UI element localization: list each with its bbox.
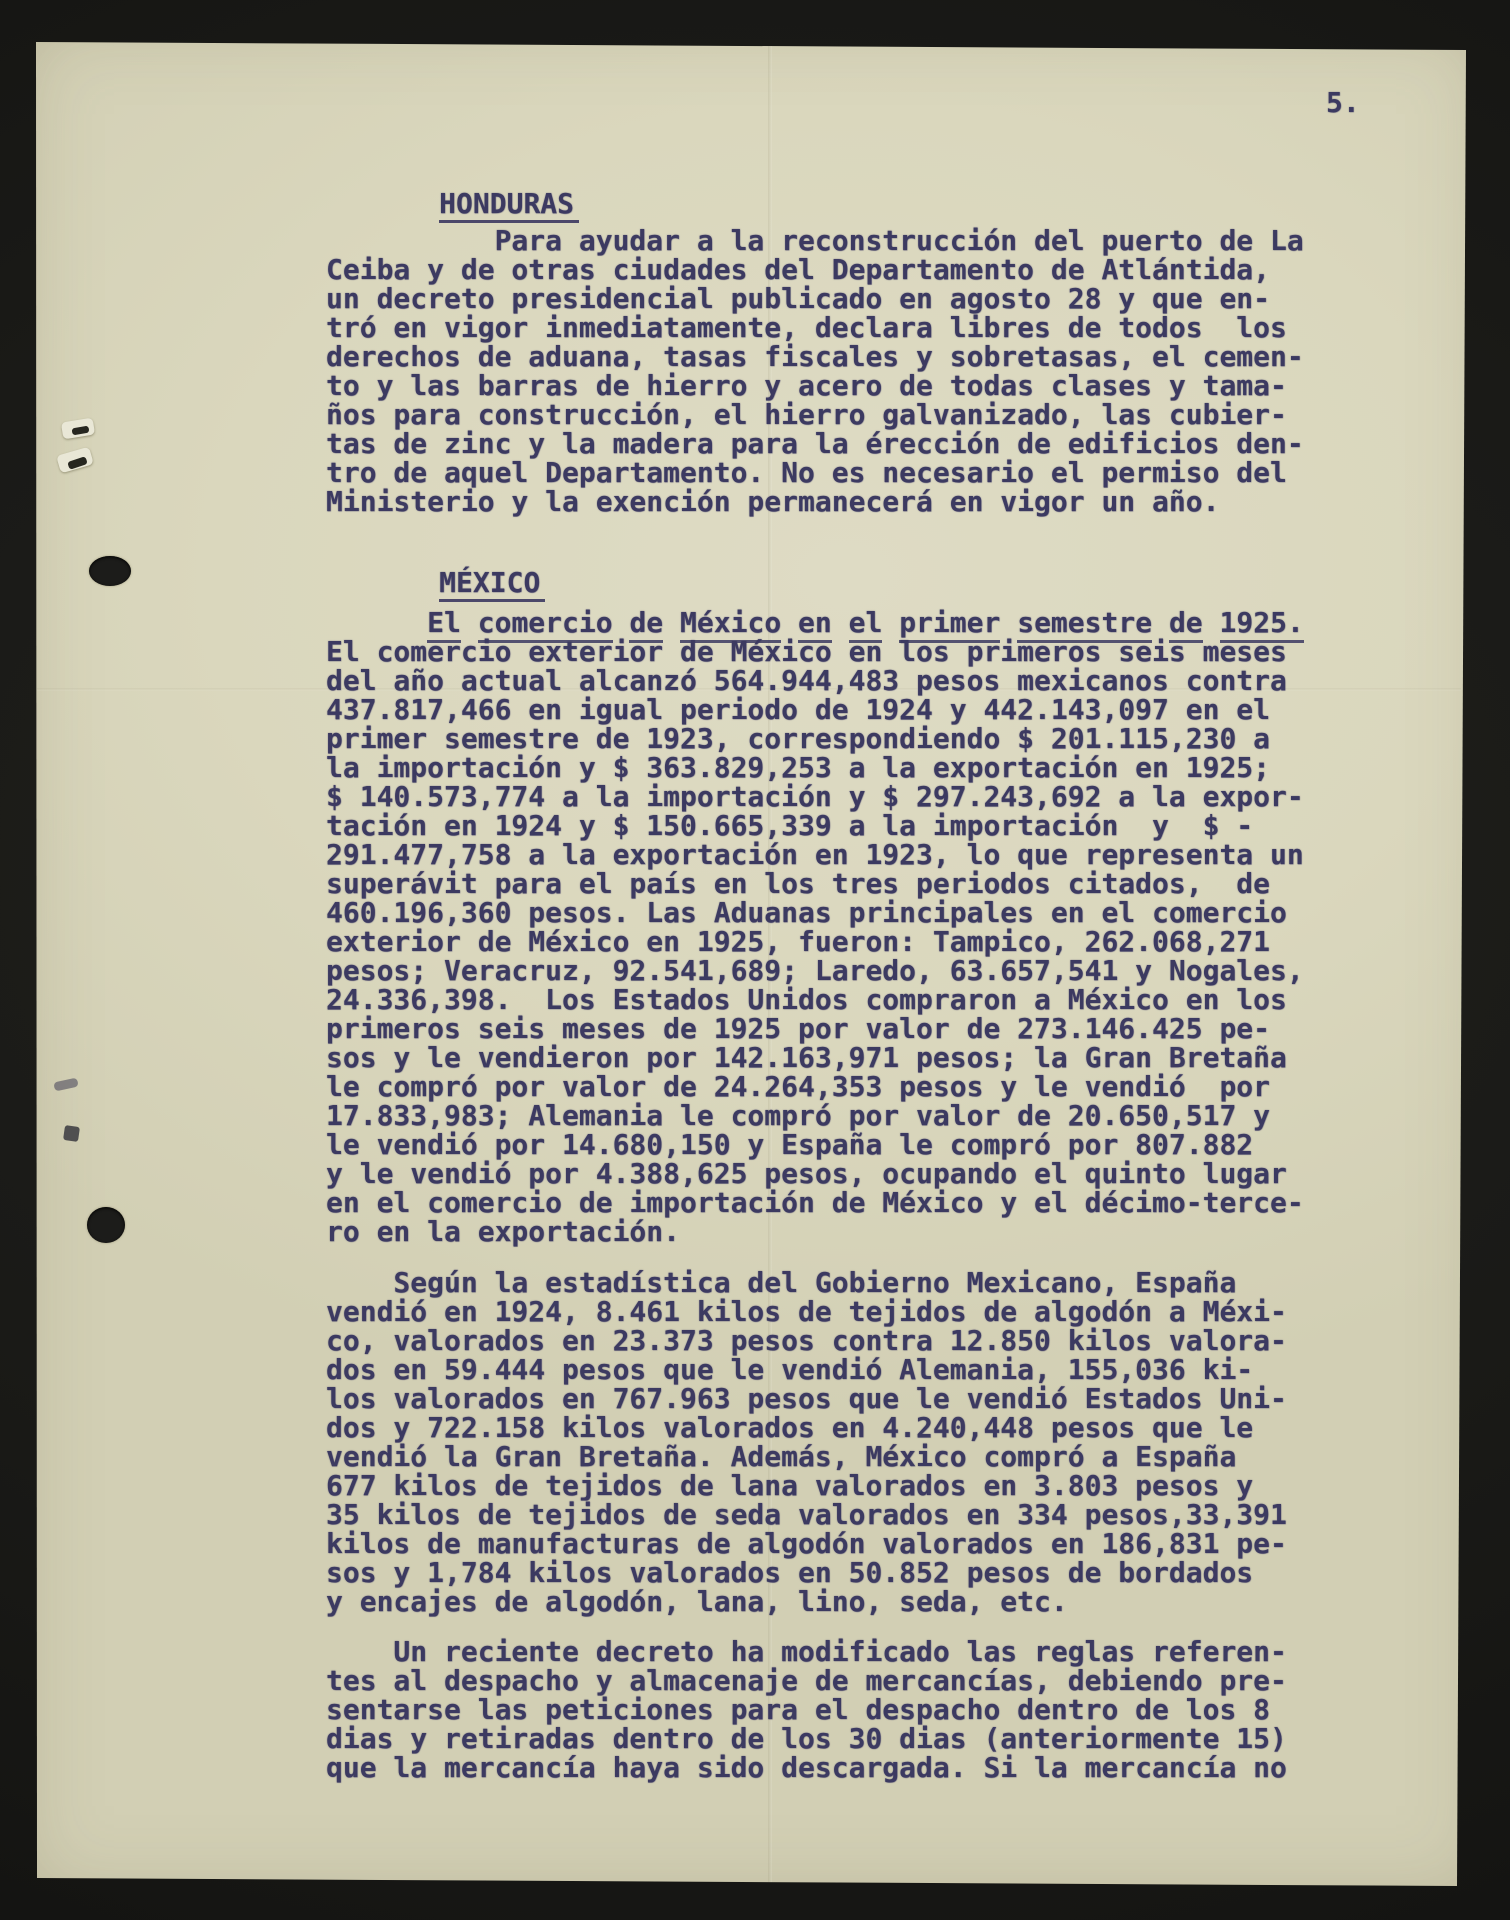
heading-label: MÉXICO	[439, 568, 545, 602]
text-line: en el comercio de importación de México …	[326, 1188, 1304, 1217]
text-line: le compró por valor de 24.264,353 pesos …	[326, 1072, 1304, 1101]
text-line: dos y 722.158 kilos valorados en 4.240,4…	[326, 1413, 1287, 1442]
text-line: los valorados en 767.963 pesos que le ve…	[326, 1384, 1287, 1413]
typewritten-text-layer: 5. HONDURAS Para ayudar a la reconstrucc…	[0, 0, 1510, 1920]
text-line: 460.196,360 pesos. Las Aduanas principal…	[326, 898, 1304, 927]
paragraph-mexico-statistics: Según la estadística del Gobierno Mexica…	[326, 1268, 1287, 1616]
text-line: sentarse las peticiones para el despacho…	[326, 1695, 1287, 1724]
text-line: ños para construcción, el hierro galvani…	[326, 400, 1304, 429]
text-line: 35 kilos de tejidos de seda valorados en…	[326, 1500, 1287, 1529]
text-line: 677 kilos de tejidos de lana valorados e…	[326, 1471, 1287, 1500]
text-line: tas de zinc y la madera para la érección…	[326, 429, 1304, 458]
punch-hole-top	[89, 556, 131, 586]
text-line: derechos de aduana, tasas fiscales y sob…	[326, 342, 1304, 371]
text-line: le vendió por 14.680,150 y España le com…	[326, 1130, 1304, 1159]
text-line: Ministerio y la exención permanecerá en …	[326, 487, 1304, 516]
text-line: Ceiba y de otras ciudades del Departamen…	[326, 255, 1304, 284]
text-line: co, valorados en 23.373 pesos contra 12.…	[326, 1326, 1287, 1355]
text-line: kilos de manufacturas de algodón valorad…	[326, 1529, 1287, 1558]
text-line: Según la estadística del Gobierno Mexica…	[326, 1268, 1287, 1297]
text-line: El comercio exterior de México en los pr…	[326, 637, 1304, 666]
mexico-trade-title: El comercio de México en el primer semes…	[326, 608, 1304, 637]
text-line: del año actual alcanzó 564.944,483 pesos…	[326, 666, 1304, 695]
text-line: Para ayudar a la reconstrucción del puer…	[326, 226, 1304, 255]
paragraph-honduras-decree: Para ayudar a la reconstrucción del puer…	[326, 226, 1304, 516]
page-number: 5.	[1326, 86, 1360, 119]
text-line: tro de aquel Departamento. No es necesar…	[326, 458, 1304, 487]
text-line: sos y le vendieron por 142.163,971 pesos…	[326, 1043, 1304, 1072]
text-line: y le vendió por 4.388,625 pesos, ocupand…	[326, 1159, 1304, 1188]
text-line: Un reciente decreto ha modificado las re…	[326, 1637, 1287, 1666]
text-line: 24.336,398. Los Estados Unidos compraron…	[326, 985, 1304, 1014]
heading-label: HONDURAS	[439, 189, 579, 223]
text-line: primer semestre de 1923, correspondiendo…	[326, 724, 1304, 753]
text-line: vendió en 1924, 8.461 kilos de tejidos d…	[326, 1297, 1287, 1326]
text-line: un decreto presidencial publicado en ago…	[326, 284, 1304, 313]
text-line: dias y retiradas dentro de los 30 dias (…	[326, 1724, 1287, 1753]
text-line: dos en 59.444 pesos que le vendió Aleman…	[326, 1355, 1287, 1384]
text-line: 437.817,466 en igual periodo de 1924 y 4…	[326, 695, 1304, 724]
text-line: $ 140.573,774 a la importación y $ 297.2…	[326, 782, 1304, 811]
pencil-mark-dash	[53, 1078, 78, 1092]
text-line: primeros seis meses de 1925 por valor de…	[326, 1014, 1304, 1043]
text-line: 17.833,983; Alemania le compró por valor…	[326, 1101, 1304, 1130]
text-line: sos y 1,784 kilos valorados en 50.852 pe…	[326, 1558, 1287, 1587]
paragraph-mexico-trade: El comercio exterior de México en los pr…	[326, 637, 1304, 1246]
text-line: pesos; Veracruz, 92.541,689; Laredo, 63.…	[326, 956, 1304, 985]
punch-hole-bottom	[87, 1207, 125, 1243]
text-line: tró en vigor inmediatamente, declara lib…	[326, 313, 1304, 342]
text-line: y encajes de algodón, lana, lino, seda, …	[326, 1587, 1287, 1616]
text-line: exterior de México en 1925, fueron: Tamp…	[326, 927, 1304, 956]
paragraph-mexico-customs-decree: Un reciente decreto ha modificado las re…	[326, 1637, 1287, 1782]
text-line: vendió la Gran Bretaña. Además, México c…	[326, 1442, 1287, 1471]
text-line: ro en la exportación.	[326, 1217, 1304, 1246]
text-line: 291.477,758 a la exportación en 1923, lo…	[326, 840, 1304, 869]
text-line: tación en 1924 y $ 150.665,339 a la impo…	[326, 811, 1304, 840]
text-line: to y las barras de hierro y acero de tod…	[326, 371, 1304, 400]
scan-background: 5. HONDURAS Para ayudar a la reconstrucc…	[0, 0, 1510, 1920]
text-line: que la mercancía haya sido descargada. S…	[326, 1753, 1287, 1782]
text-line: superávit para el país en los tres perio…	[326, 869, 1304, 898]
pencil-mark-dot	[63, 1125, 80, 1142]
text-line: tes al despacho y almacenaje de mercancí…	[326, 1666, 1287, 1695]
text-line: la importación y $ 363.829,253 a la expo…	[326, 753, 1304, 782]
